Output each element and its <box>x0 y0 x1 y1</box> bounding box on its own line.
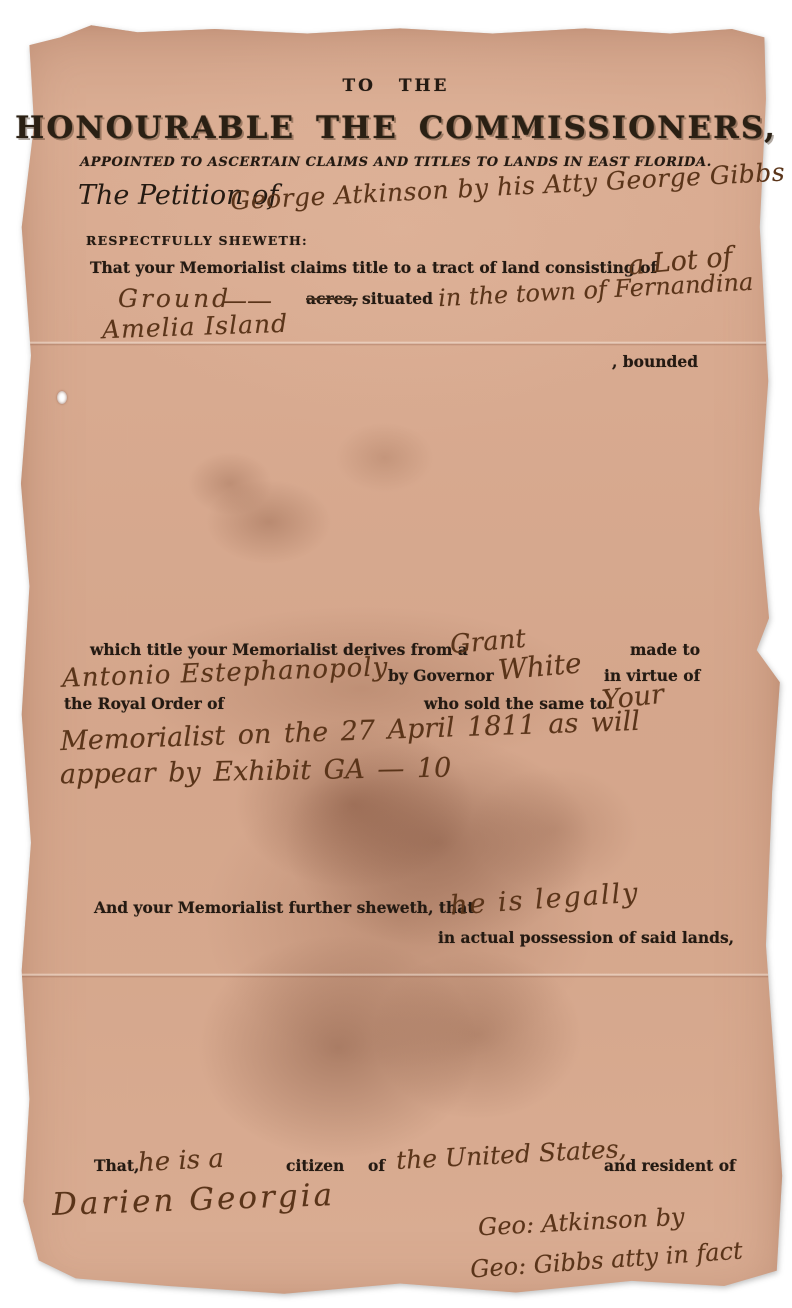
addressee-title: HONOURABLE THE COMMISSIONERS, <box>0 110 792 146</box>
derivation-governor-printed: by Governor <box>388 666 494 685</box>
claim-ground-handwriting: Ground <box>118 284 231 313</box>
possession-printed-end: in actual possession of said lands, <box>438 928 734 947</box>
paper-hole <box>57 391 67 404</box>
salutation: TO THE <box>0 76 792 96</box>
citizenship-subject-handwriting: he is a <box>137 1144 224 1178</box>
possession-printed-start: And your Memorialist further sheweth, th… <box>94 898 475 917</box>
document-scan: TO THE HONOURABLE THE COMMISSIONERS, APP… <box>0 0 792 1308</box>
citizenship-resident-printed: and resident of <box>604 1156 736 1175</box>
citizenship-that-printed: That, <box>94 1156 139 1175</box>
citizenship-of-printed: of <box>368 1156 385 1175</box>
fold-crease-lower <box>14 973 786 978</box>
bounded-printed: , bounded <box>612 352 698 371</box>
derivation-royalorder-printed: the Royal Order of <box>64 694 224 713</box>
sheweth-line: RESPECTFULLY SHEWETH: <box>86 233 308 248</box>
claim-line1-printed: That your Memorialist claims title to a … <box>90 258 657 277</box>
claim-acres-struck: acres, <box>306 289 358 308</box>
derivation-madeto-printed: made to <box>630 640 700 659</box>
citizenship-citizen-printed: citizen <box>286 1156 344 1175</box>
claim-situated-printed: situated <box>362 289 433 308</box>
